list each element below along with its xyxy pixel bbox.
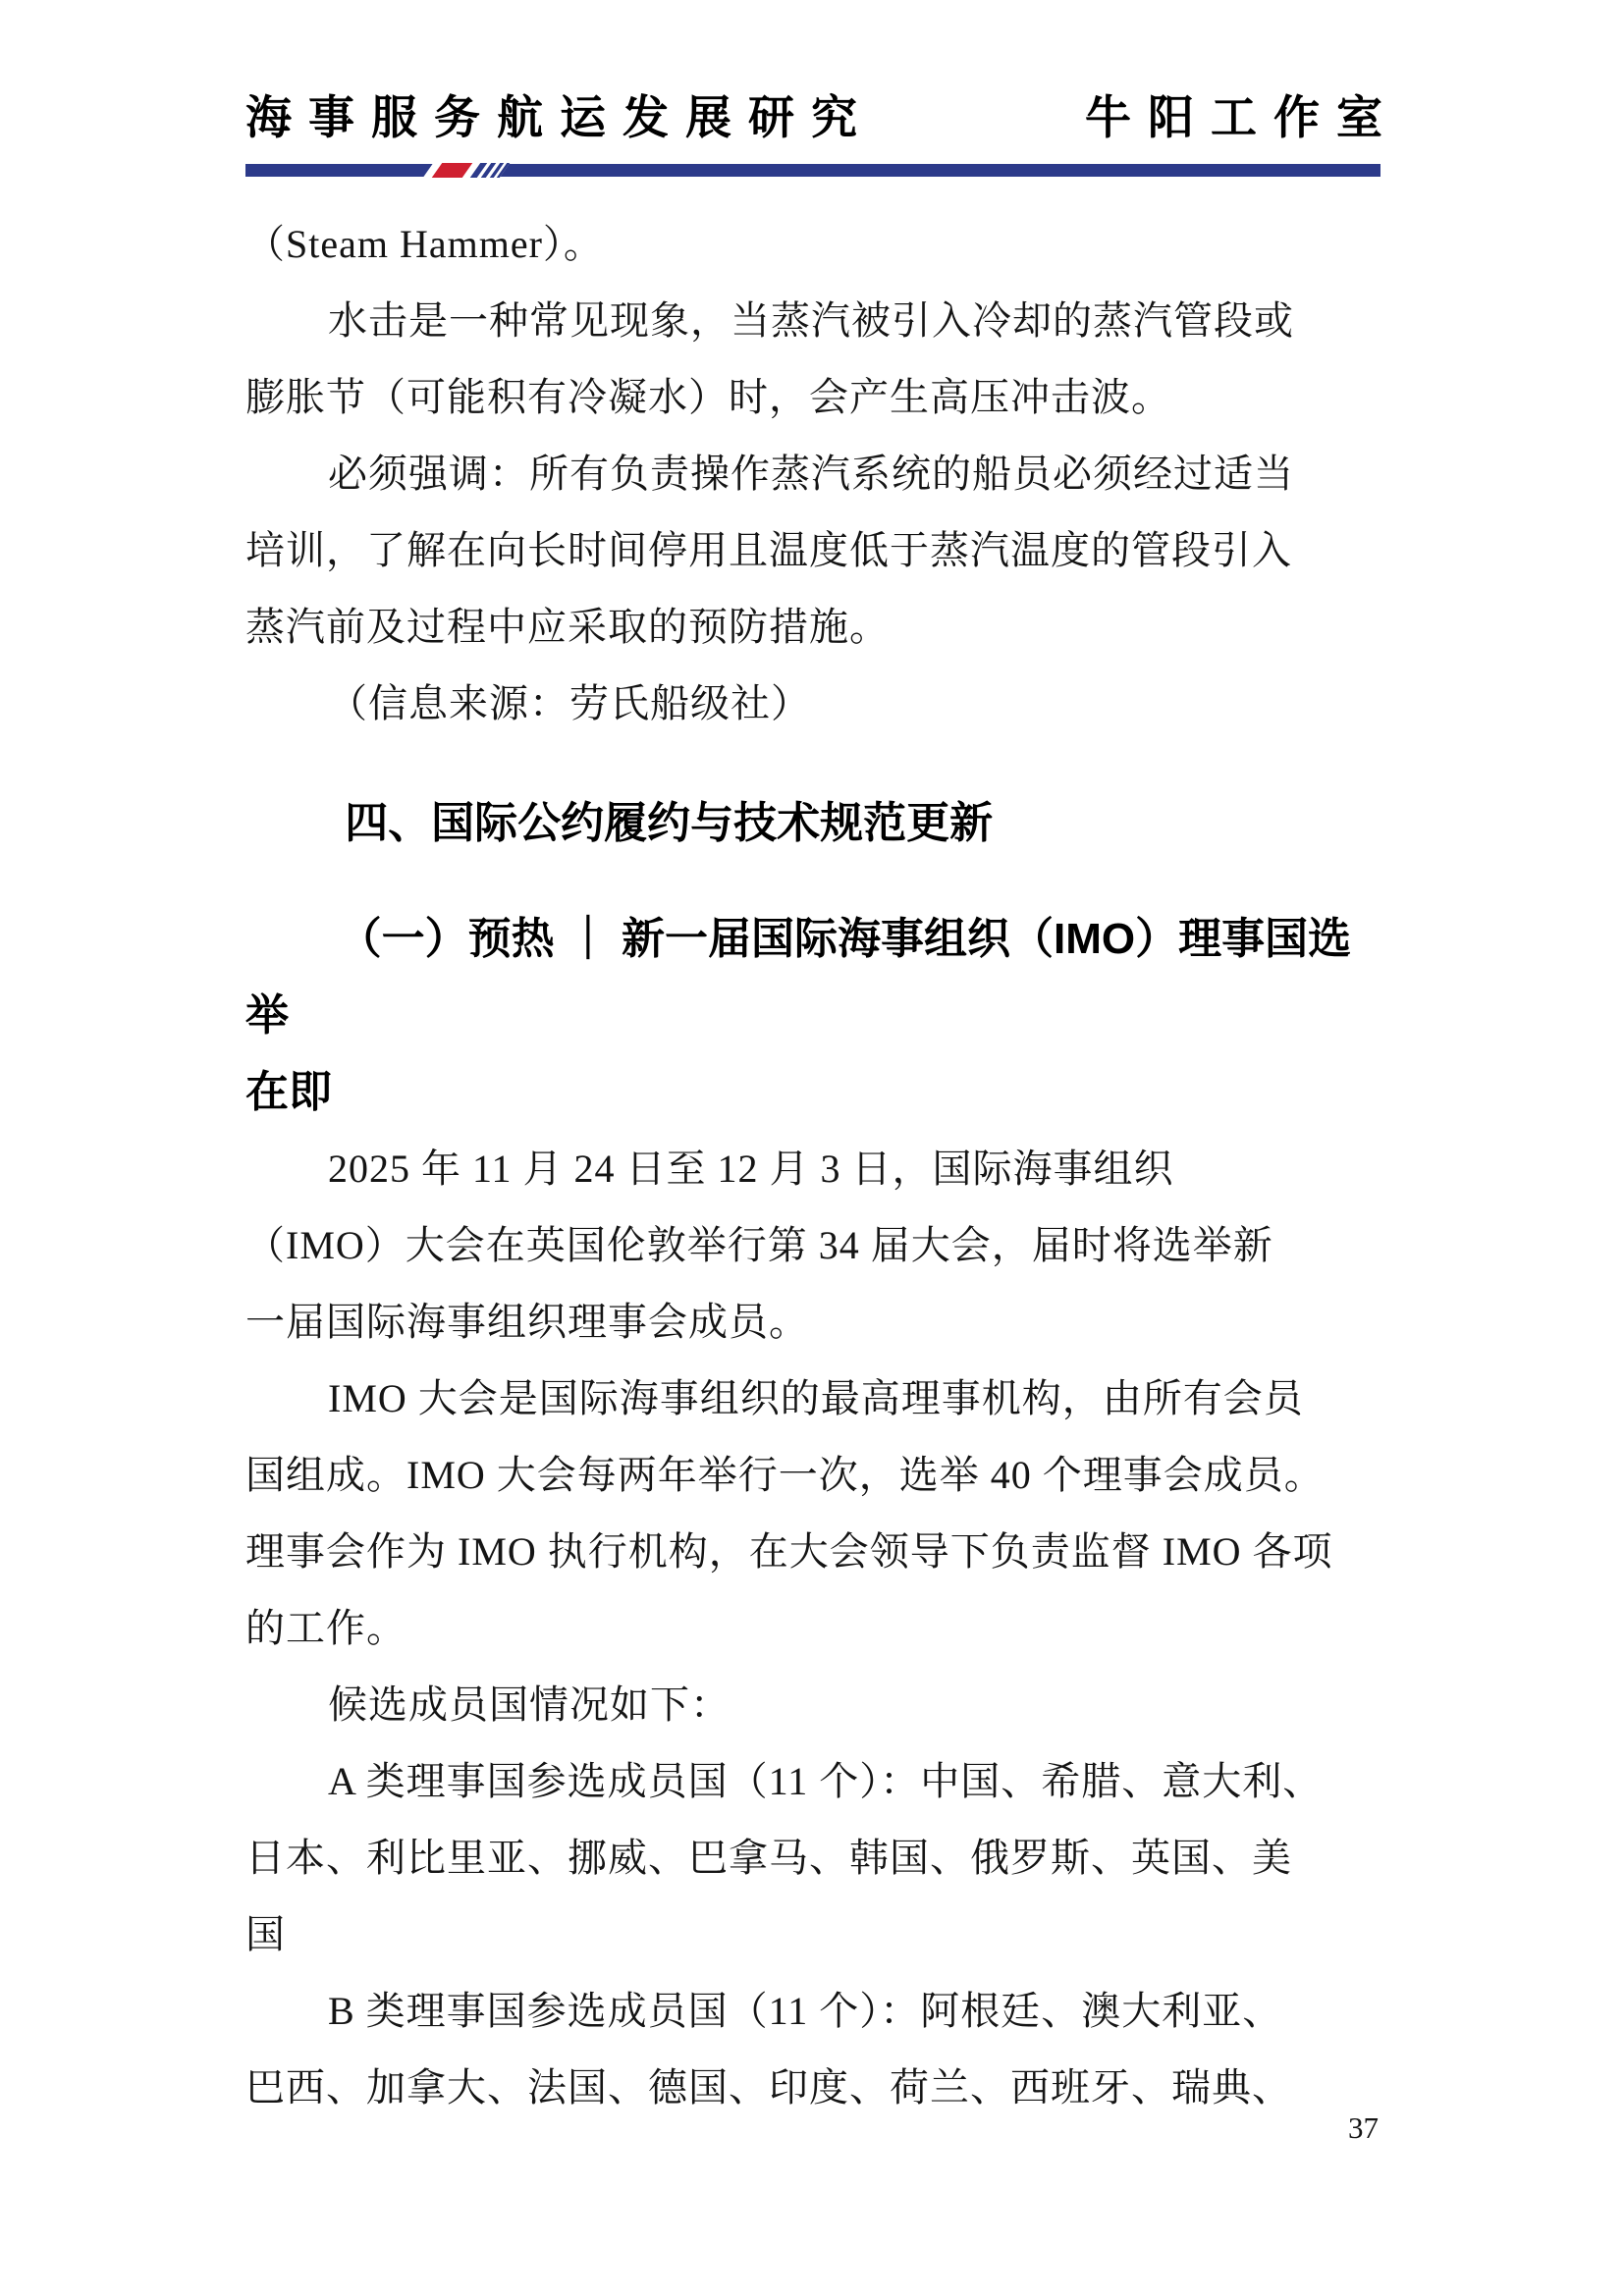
divider-red-slash-icon [432,163,473,178]
page-number: 37 [1348,2109,1379,2148]
paragraph-water-hammer-phenomenon: 水击是一种常见现象，当蒸汽被引入冷却的蒸汽管段或 膨胀节（可能积有冷凝水）时，会… [245,283,1382,436]
paragraph-info-source-lloyds: （信息来源：劳氏船级社） [245,666,1382,742]
header-left-title: 海事服务航运发展研究 [245,90,874,145]
paragraph-imo-assembly-dates: 2025 年 11 月 24 日至 12 月 3 日，国际海事组织 （IMO）大… [245,1131,1382,1361]
document-body: （Steam Hammer）。 水击是一种常见现象，当蒸汽被引入冷却的蒸汽管段或… [245,206,1382,2126]
heading-section-4-conventions-update: 四、国际公约履约与技术规范更新 [245,785,1382,862]
paragraph-candidate-states-intro: 候选成员国情况如下： [245,1667,1382,1743]
divider-slash-decoration-icon [423,163,511,178]
page-header: 海事服务航运发展研究 牛阳工作室 [245,90,1382,145]
paragraph-imo-assembly-role: IMO 大会是国际海事组织的最高理事机构，由所有会员 国组成。IMO 大会每两年… [245,1361,1382,1667]
heading-imo-council-election: （一）预热 ｜ 新一届国际海事组织（IMO）理事国选举 在即 [245,901,1382,1131]
paragraph-category-b-candidates: B 类理事国参选成员国（11 个）：阿根廷、澳大利亚、 巴西、加拿大、法国、德国… [245,1973,1382,2126]
paragraph-steam-hammer-continuation: （Steam Hammer）。 [245,206,1382,283]
header-right-title: 牛阳工作室 [1085,90,1399,145]
paragraph-category-a-candidates: A 类理事国参选成员国（11 个）：中国、希腊、意大利、 日本、利比里亚、挪威、… [245,1743,1382,1973]
document-page: 海事服务航运发展研究 牛阳工作室 （Steam Hammer）。 水击是一种常见… [0,0,1624,2296]
paragraph-crew-training-requirement: 必须强调：所有负责操作蒸汽系统的船员必须经过适当 培训，了解在向长时间停用且温度… [245,436,1382,666]
header-divider-bar [245,164,1380,177]
